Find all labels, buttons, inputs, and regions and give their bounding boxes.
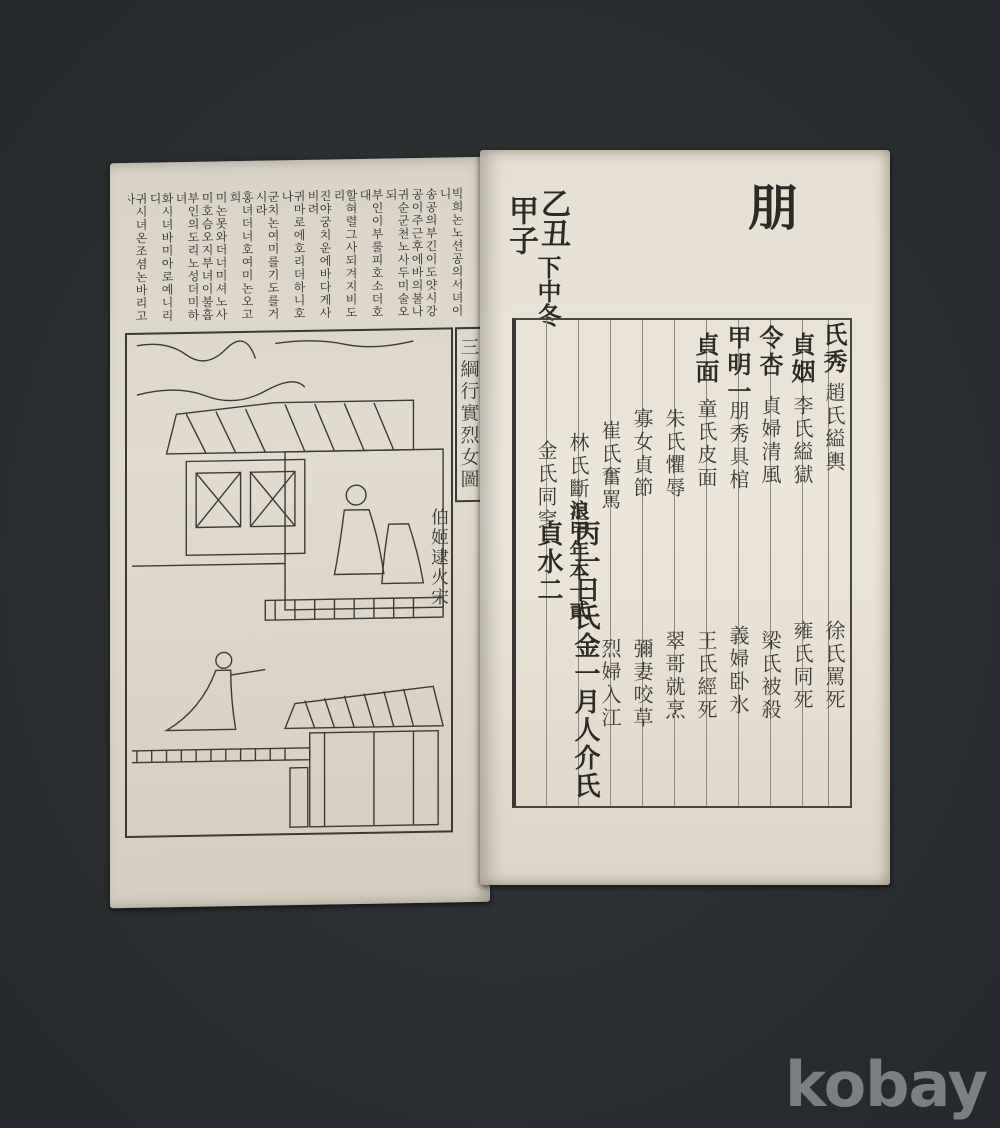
handwritten-top-left-3: 下中冬 [530, 255, 565, 327]
contents-table-frame: 氏秀 趙氏縊輿 貞姻 李氏縊獄 令杏 貞婦清風 甲明一 朋秀具棺 貞面 童氏皮面… [512, 318, 852, 808]
column-entry: 朋秀具棺 [724, 400, 753, 492]
hangul-column: 화시녀바미아로예니리디 [149, 192, 173, 332]
hangul-column: 할혀렬그사되겨지비도리 [333, 189, 357, 329]
lower-entry: 翠哥就烹 [660, 630, 689, 722]
palace-scene-drawing [127, 329, 451, 836]
column-entry: 童氏皮面 [692, 398, 721, 490]
column-entry: 崔氏奮罵 [596, 420, 625, 512]
hangul-text-block: 빅희논노션공의서녀이니 송공의부긴이도얏시강 공이주근후에바의불나 귀순군천노사… [128, 187, 463, 333]
hangul-column: 미논못와더너미셔노사 [215, 191, 227, 331]
lower-entry: 徐氏罵死 [820, 620, 849, 712]
column-head: 貞姻 [784, 332, 819, 386]
column-head: 貞面 [688, 332, 723, 386]
column-entry: 寡女貞節 [628, 408, 657, 500]
hangul-column: 빅희논노션공의서녀이니 [439, 187, 463, 327]
illustration-caption: 伯姬逮火宋 [425, 507, 451, 607]
right-page: 朋 乙丑 甲子 下中冬 氏秀 趙氏縊輿 貞姻 李氏縊獄 令杏 貞婦清風 甲明一 … [480, 150, 890, 885]
handwritten-top-right: 朋 [748, 168, 798, 240]
hangul-column: 군치논여미를기도를거시라 [255, 190, 279, 330]
lower-entry: 彌妻咬草 [628, 638, 657, 730]
open-book: 빅희논노션공의서녀이니 송공의부긴이도얏시강 공이주근후에바의불나 귀순군천노사… [105, 150, 895, 910]
hangul-column: 미호슴오지부녀이불흡 [201, 192, 213, 332]
column-entry: 朱氏懼辱 [660, 408, 689, 500]
hangul-column: 귀마로에호리더하니호나 [281, 190, 305, 330]
hangul-column: 홍녀더너호여미논오고희 [229, 191, 253, 331]
column-head: 氏秀 [816, 322, 851, 376]
lower-entry: 梁氏被殺 [756, 630, 785, 722]
column-entry: 趙氏縊輿 [820, 382, 849, 474]
hangul-column: 귀순군천노사두미술오되 [385, 188, 409, 328]
lower-entry: 義婦卧氷 [724, 625, 753, 717]
illustration-title: 三綱行實烈女圖 [456, 337, 483, 500]
handwritten-line: 丙一日氏金一月人介氏貞水二 [530, 520, 604, 806]
hangul-column: 귀시녀온조셤논바리고사 [128, 193, 147, 333]
hangul-column: 진야궁치운에바다게사비려 [307, 189, 331, 329]
hangul-column: 공이주근후에바의불나 [411, 188, 423, 328]
column-head: 令杏 [752, 325, 787, 379]
woodblock-illustration: 伯姬逮火宋 [125, 327, 453, 838]
handwritten-top-left-2: 甲子 [498, 195, 542, 255]
column-entry: 貞婦清風 [756, 395, 785, 487]
hangul-column: 부인이부룰피호소더호대 [359, 189, 383, 329]
left-page: 빅희논노션공의서녀이니 송공의부긴이도얏시강 공이주근후에바의불나 귀순군천노사… [110, 157, 490, 909]
illustration-title-frame: 三綱行實烈女圖 [455, 327, 483, 502]
lower-entry: 雍氏同死 [788, 620, 817, 712]
column-entry: 李氏縊獄 [788, 395, 817, 487]
lower-entry: 王氏經死 [692, 630, 721, 722]
column-head: 甲明一 [720, 325, 755, 406]
hangul-column: 부인의도리노성더미하녀 [175, 192, 199, 332]
hangul-column: 송공의부긴이도얏시강 [425, 188, 437, 328]
column-entry: 金氏同窆 [532, 440, 561, 532]
kobay-watermark: kobay [785, 1048, 987, 1121]
